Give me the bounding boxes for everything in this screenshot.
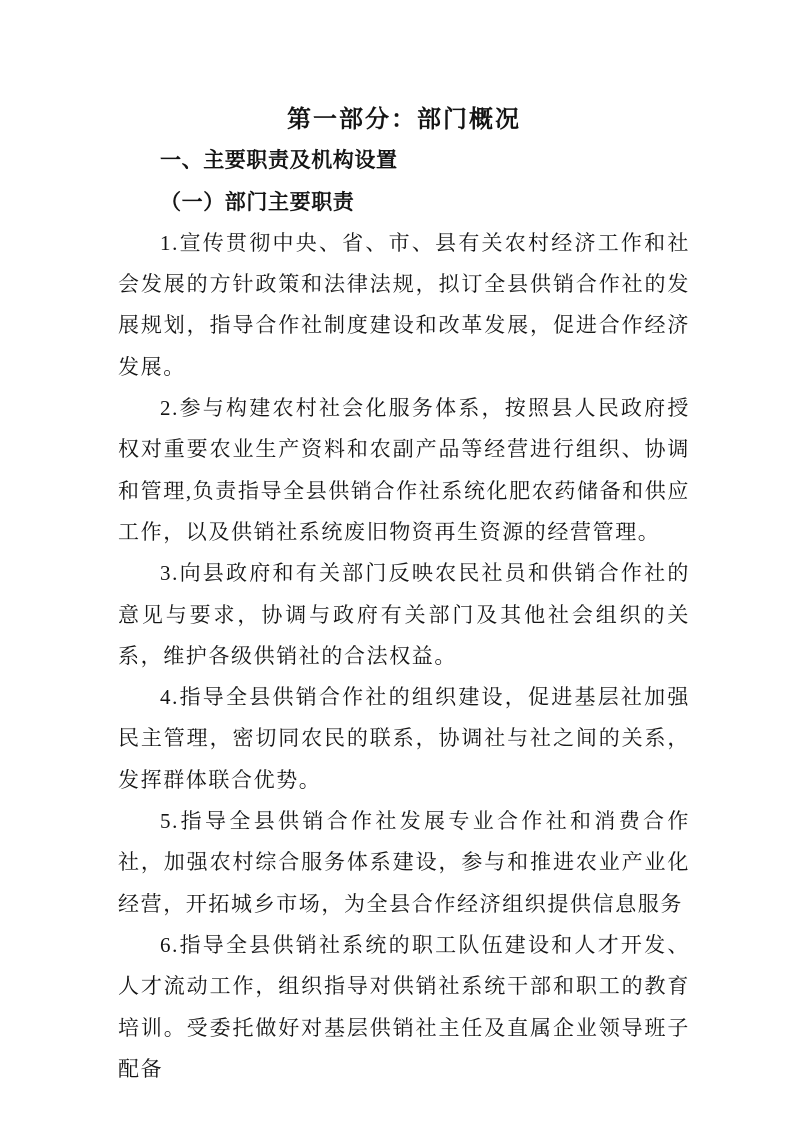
document-page: 第一部分：部门概况 一、主要职责及机构设置 （一）部门主要职责 1.宣传贯彻中央… [0,0,793,1122]
paragraph: 3.向县政府和有关部门反映农民社员和供销合作社的意见与要求，协调与政府有关部门及… [118,553,690,677]
document-title: 第一部分：部门概况 [118,99,690,140]
paragraph: 1.宣传贯彻中央、省、市、县有关农村经济工作和社会发展的方针政策和法律法规，拟订… [118,223,690,388]
paragraph: 4.指导全县供销合作社的组织建设，促进基层社加强民主管理，密切同农民的联系，协调… [118,677,690,801]
paragraph: 5.指导全县供销合作社发展专业合作社和消费合作社，加强农村综合服务体系建设，参与… [118,801,690,925]
paragraph: 6.指导全县供销社系统的职工队伍建设和人才开发、人才流动工作，组织指导对供销社系… [118,925,690,1090]
paragraph: 2.参与构建农村社会化服务体系，按照县人民政府授权对重要农业生产资料和农副产品等… [118,388,690,553]
subsection-heading: （一）部门主要职责 [118,182,690,223]
section-heading: 一、主要职责及机构设置 [118,140,690,181]
paragraph-list: 1.宣传贯彻中央、省、市、县有关农村经济工作和社会发展的方针政策和法律法规，拟订… [118,223,690,1090]
